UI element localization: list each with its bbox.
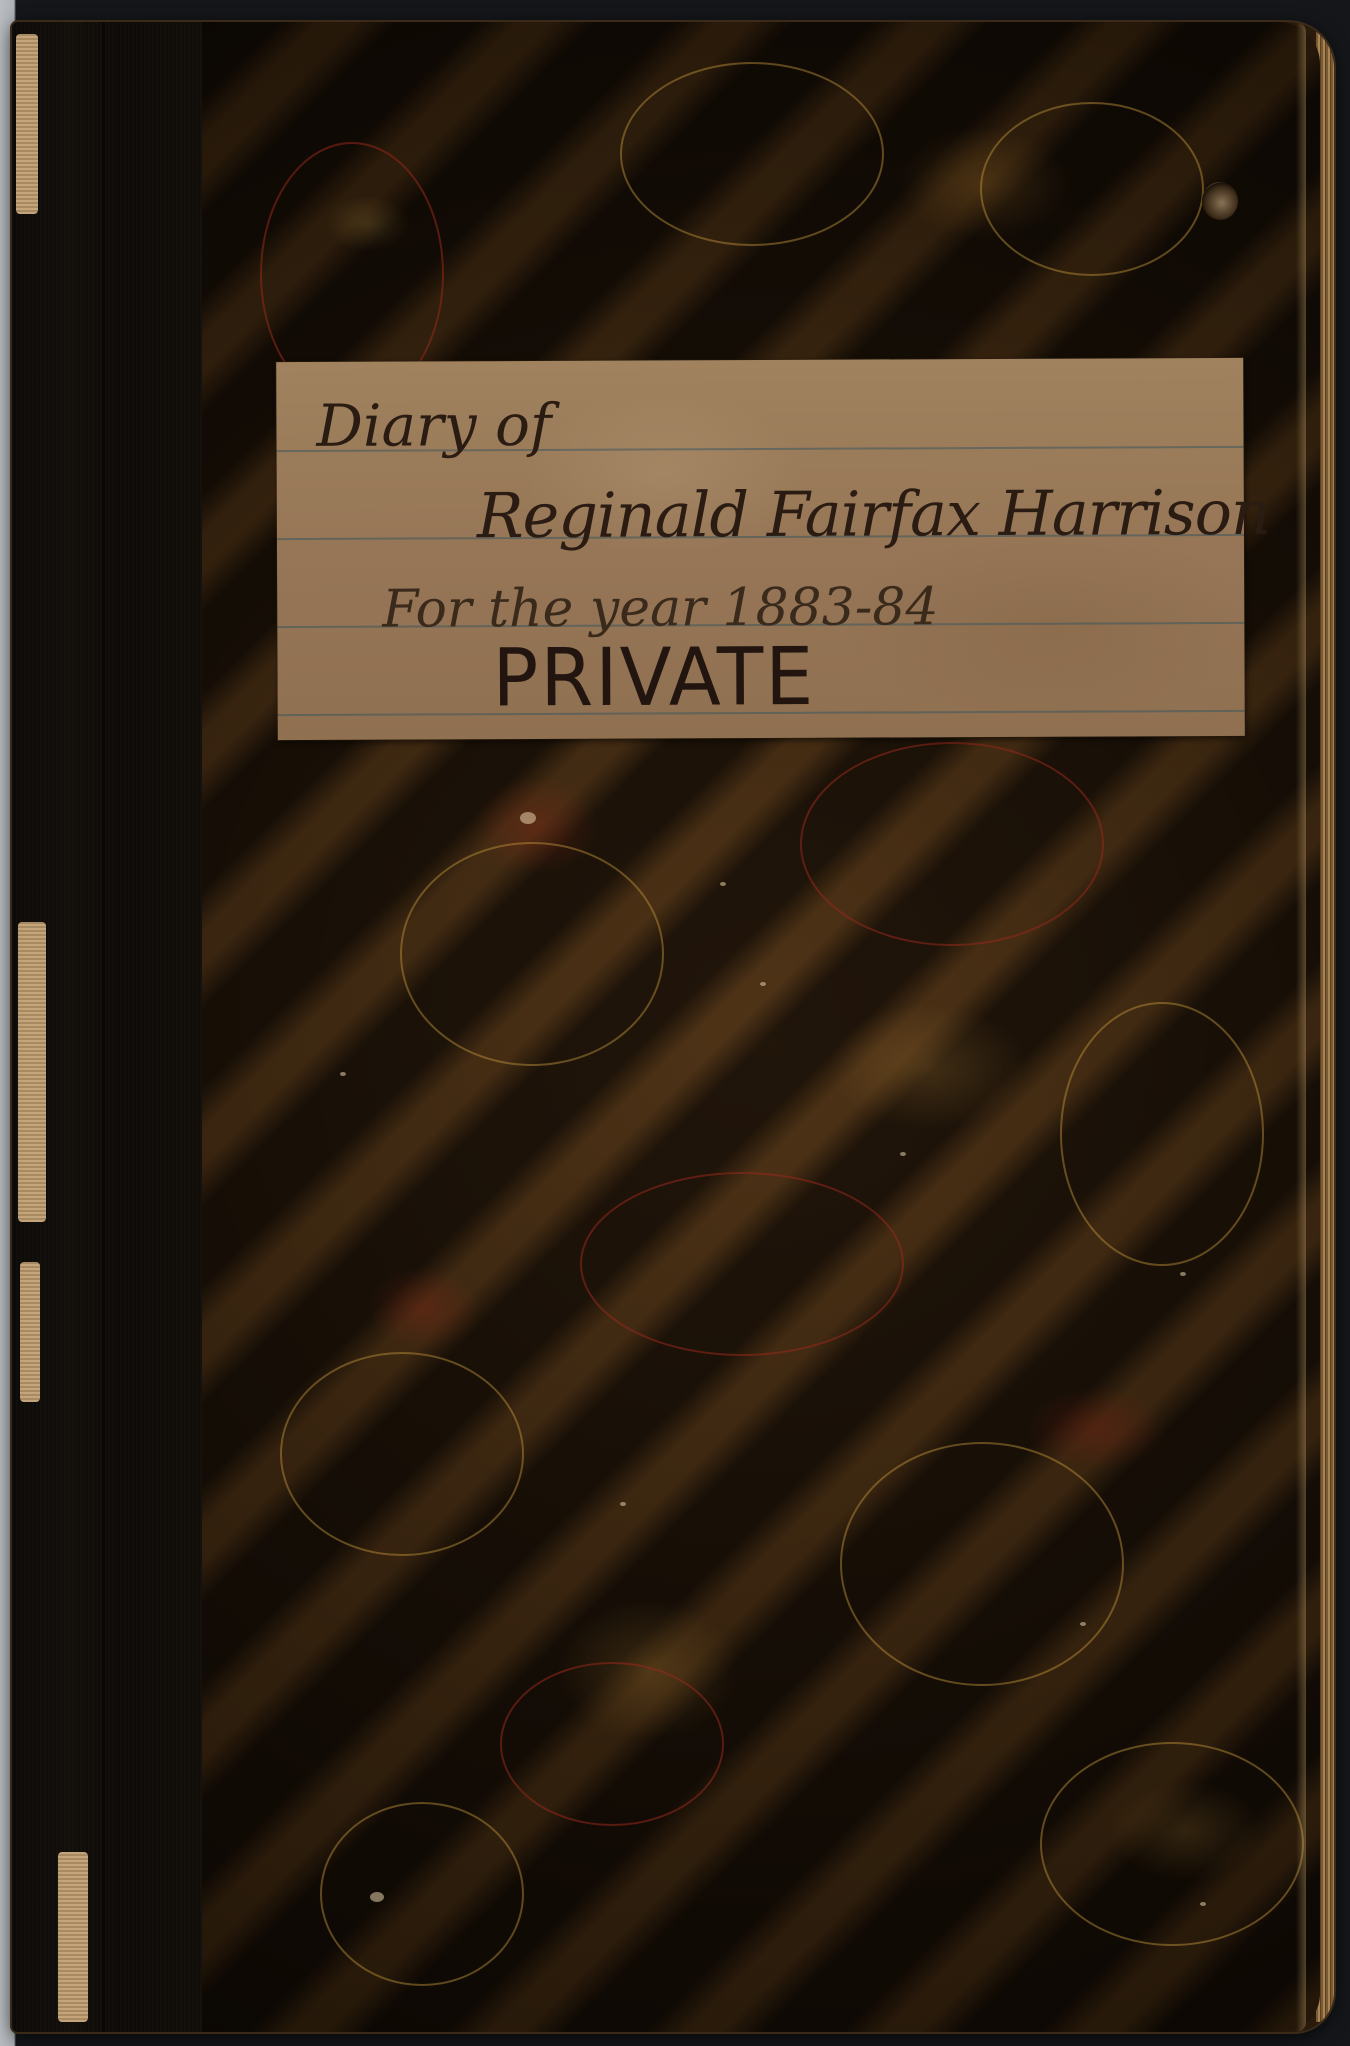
marble-vein [1060,1002,1264,1266]
paint-fleck [1080,1622,1086,1626]
paint-fleck [370,1892,384,1902]
marble-vein [400,842,664,1066]
marbled-cover [200,22,1320,2032]
notebook: Diary of Reginald Fairfax Harrison For t… [12,22,1334,2032]
label-private-stamp: PRIVATE [492,630,815,725]
marble-vein [1040,1742,1304,1946]
marble-vein [800,742,1104,946]
cloth-spine [12,22,202,2032]
label-title: Diary of [316,391,551,460]
paint-fleck [900,1152,906,1156]
spine-wear [18,922,46,1222]
paint-fleck [720,882,726,886]
diary-label: Diary of Reginald Fairfax Harrison For t… [276,358,1245,740]
spine-crease [102,22,105,2032]
paint-fleck [760,982,766,986]
marble-vein [620,62,884,246]
marble-vein [580,1172,904,1356]
paint-fleck [1180,1272,1186,1276]
spine-wear [20,1262,40,1402]
marble-vein [980,102,1204,276]
marble-vein [500,1662,724,1826]
spine-wear [16,34,38,214]
marble-vein [840,1442,1124,1686]
label-owner-name: Reginald Fairfax Harrison [477,476,1270,552]
marble-vein [280,1352,524,1556]
paint-fleck [620,1502,626,1506]
worn-cover-edge [1296,22,1306,2032]
paint-fleck [1200,1902,1206,1906]
spine-wear [58,1852,88,2022]
paint-fleck [520,812,536,824]
paint-fleck [340,1072,346,1076]
marble-vein [320,1802,524,1986]
punched-hole [1202,182,1238,220]
